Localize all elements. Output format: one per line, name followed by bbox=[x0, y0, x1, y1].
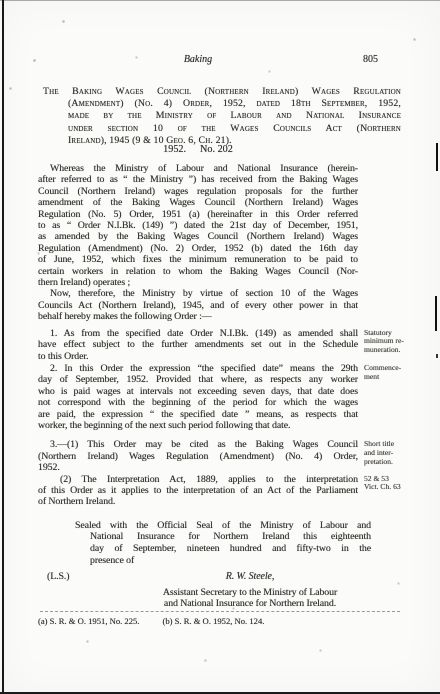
text-line: of June, 1952, which fixes the minimum r… bbox=[38, 254, 358, 265]
order-title: The Baking Wages Council (Northern Irela… bbox=[43, 86, 401, 147]
scan-artifact-line bbox=[436, 143, 438, 171]
text-line: after referred to as “ the Ministry ”) h… bbox=[38, 174, 358, 185]
article-1-text: 1. As from the specified date Order N.I.… bbox=[38, 328, 358, 362]
order-number: 1952.No. 202 bbox=[38, 144, 358, 155]
text-line: worker, the beginning of the next such p… bbox=[38, 420, 358, 431]
margin-note-line: pretation. bbox=[364, 458, 440, 467]
text-line: Whereas the Ministry of Labour and Natio… bbox=[38, 163, 358, 174]
page-number: 805 bbox=[363, 54, 378, 65]
scan-edge-top bbox=[0, 0, 440, 1]
margin-note-line: ment bbox=[364, 373, 440, 382]
signatory: R. W. Steele, Assistant Secretary to the… bbox=[142, 571, 358, 609]
title-line: The Baking Wages Council (Northern Irela… bbox=[43, 86, 401, 98]
signatory-name: R. W. Steele, bbox=[142, 571, 358, 582]
preamble-paragraph: Whereas the Ministry of Labour and Natio… bbox=[38, 163, 358, 288]
text-line: to as “ Order N.I.Bk. (149) ”) dated the… bbox=[38, 220, 358, 231]
scan-noise-specks bbox=[0, 0, 1, 1]
text-line: are paid, the expression “ the specified… bbox=[38, 409, 358, 420]
footnote-a: (a) S. R. & O. 1951, No. 225. bbox=[38, 616, 139, 626]
text-line: Assistant Secretary to the Ministry of L… bbox=[142, 587, 358, 599]
order-no-value: No. 202 bbox=[200, 144, 233, 155]
footnote-rule bbox=[40, 611, 400, 612]
text-line: National Insurance for Northern Ireland … bbox=[90, 531, 371, 543]
margin-note-article-1: Statutoryminimum re-muneration. bbox=[364, 329, 440, 355]
scan-edge-left bbox=[2, 0, 4, 694]
text-line: presence of bbox=[90, 555, 371, 567]
text-line: certain workers in relation to whom the … bbox=[38, 266, 358, 277]
text-line: Council (Northern Ireland) wages regulat… bbox=[38, 186, 358, 197]
text-line: 3.—(1) This Order may be cited as the Ba… bbox=[38, 439, 358, 450]
text-line: Regulation (Amendment) (No. 2) Order, 19… bbox=[38, 243, 358, 254]
text-line: Regulation (No. 5) Order, 1951 (a) (here… bbox=[38, 209, 358, 220]
seal-mark: (L.S.) bbox=[47, 571, 69, 582]
article-3-text: 3.—(1) This Order may be cited as the Ba… bbox=[38, 439, 358, 473]
footnotes: (a) S. R. & O. 1951, No. 225.(b) S. R. &… bbox=[38, 616, 358, 627]
operative-paragraph: Now, therefore, the Ministry by virtue o… bbox=[38, 288, 358, 322]
text-line: to this Order. bbox=[38, 351, 358, 362]
running-head-row: Baking 805 bbox=[38, 54, 400, 65]
title-line: made by the Ministry of Labour and Natio… bbox=[68, 110, 401, 122]
text-line: 2. In this Order the expression “the spe… bbox=[38, 363, 358, 374]
article-3-2: (2) The Interpretation Act, 1889, applie… bbox=[38, 474, 358, 508]
text-line: day of September, nineteen hundred and f… bbox=[90, 543, 371, 555]
text-line: (Northern Ireland) Wages Regulation (Ame… bbox=[38, 451, 358, 462]
margin-note-line: Vict. Ch. 63 bbox=[364, 483, 440, 492]
text-line: of this Order as it applies to the inter… bbox=[38, 485, 358, 496]
order-year: 1952. bbox=[163, 144, 186, 155]
text-line: (2) The Interpretation Act, 1889, applie… bbox=[38, 474, 358, 485]
text-line: and National Insurance for Northern Irel… bbox=[142, 598, 358, 610]
margin-note-article-2: Commence-ment bbox=[364, 364, 440, 382]
article-2-text: 2. In this Order the expression “the spe… bbox=[38, 363, 358, 431]
margin-note-article-3: Short titleand inter-pretation. bbox=[364, 440, 440, 466]
text-line: Councils Act (Northern Ireland), 1945, a… bbox=[38, 300, 358, 311]
running-head: Baking bbox=[38, 54, 358, 65]
text-line: Sealed with the Official Seal of the Min… bbox=[75, 520, 371, 532]
text-line: day of September, 1952. Provided that wh… bbox=[38, 374, 358, 385]
article-3: 3.—(1) This Order may be cited as the Ba… bbox=[38, 439, 358, 473]
margin-note-article-3-2: 52 & 53Vict. Ch. 63 bbox=[364, 475, 440, 493]
text-line: not correspond with the beginning of the… bbox=[38, 397, 358, 408]
article-1: 1. As from the specified date Order N.I.… bbox=[38, 328, 358, 362]
sealing-clause: Sealed with the Official Seal of the Min… bbox=[75, 520, 371, 566]
title-line: under section 10 of the Wages Councils A… bbox=[68, 123, 401, 135]
text-line: have effect subject to the further amend… bbox=[38, 339, 358, 350]
text-line: Now, therefore, the Ministry by virtue o… bbox=[38, 288, 358, 299]
margin-note-line: muneration. bbox=[364, 346, 440, 355]
article-2: 2. In this Order the expression “the spe… bbox=[38, 363, 358, 431]
article-3-2-text: (2) The Interpretation Act, 1889, applie… bbox=[38, 474, 358, 508]
text-line: 1. As from the specified date Order N.I.… bbox=[38, 328, 358, 339]
text-line: behalf hereby makes the following Order … bbox=[38, 311, 358, 322]
footnote-b: (b) S. R. & O. 1952, No. 124. bbox=[162, 616, 264, 626]
text-line: amendment of the Baking Wages Council (N… bbox=[38, 197, 358, 208]
text-line: who is paid wages at intervals not excee… bbox=[38, 386, 358, 397]
text-line: 1952. bbox=[38, 462, 358, 473]
signature-block: (L.S.) R. W. Steele, Assistant Secretary… bbox=[38, 571, 358, 609]
signatory-title: Assistant Secretary to the Ministry of L… bbox=[142, 587, 358, 610]
title-line: (Amendment) (No. 4) Order, 1952, dated 1… bbox=[68, 98, 401, 110]
document-body: Whereas the Ministry of Labour and Natio… bbox=[38, 163, 358, 627]
scan-artifact-line bbox=[435, 296, 437, 331]
text-line: as amended by the Baking Wages Council (… bbox=[38, 231, 358, 242]
text-line: of Northern Ireland. bbox=[38, 496, 358, 507]
document-page: Baking 805 The Baking Wages Council (Nor… bbox=[0, 0, 440, 694]
text-line: thern Ireland) operates ; bbox=[38, 277, 358, 288]
